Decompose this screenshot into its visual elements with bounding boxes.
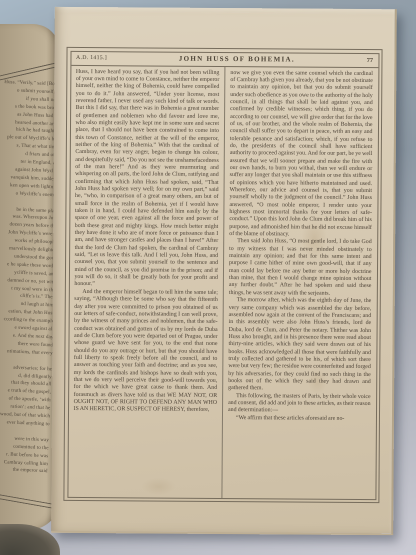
book-photo-scene: Huss. “Verily,” said [Book I. o submit y…	[0, 0, 416, 555]
paragraph: This following, the masters of Paris, by…	[228, 393, 371, 416]
running-title: JOHN HUSS OF BOHEMIA.	[179, 55, 295, 64]
header-date: A.D. 1415.]	[76, 55, 107, 61]
previous-page-border-rule-bottom	[0, 492, 58, 513]
text-column-right: now we give you even the same counsel wh…	[221, 66, 378, 498]
page-number: 77	[367, 56, 373, 63]
paragraph: The morrow after, which was the eighth d…	[228, 297, 371, 393]
page-border-frame-inner: A.D. 1415.] JOHN HUSS OF BOHEMIA. 77 Hus…	[67, 50, 379, 499]
paragraph: “We affirm that these articles aforesaid…	[228, 415, 371, 423]
paragraph: And the emperor himself began to tell hi…	[74, 289, 218, 415]
text-columns: Huss, I have heard you say, that if you …	[68, 65, 378, 498]
previous-page-edge: Huss. “Verily,” said [Book I. o submit y…	[0, 24, 58, 530]
book-page: A.D. 1415.] JOHN HUSS OF BOHEMIA. 77 Hus…	[51, 7, 397, 535]
paragraph: now we give you even the same counsel wh…	[229, 70, 373, 240]
previous-page-text-fragments: Huss. “Verily,” said [Book I. o submit y…	[0, 79, 58, 477]
page-border-frame: A.D. 1415.] JOHN HUSS OF BOHEMIA. 77 Hus…	[63, 47, 382, 503]
text-column-left: Huss, I have heard you say, that if you …	[68, 65, 225, 497]
paragraph: Huss, I have heard you say, that if you …	[74, 68, 219, 289]
paragraph: Then said John Huss, “O most gentle lord…	[229, 238, 372, 298]
